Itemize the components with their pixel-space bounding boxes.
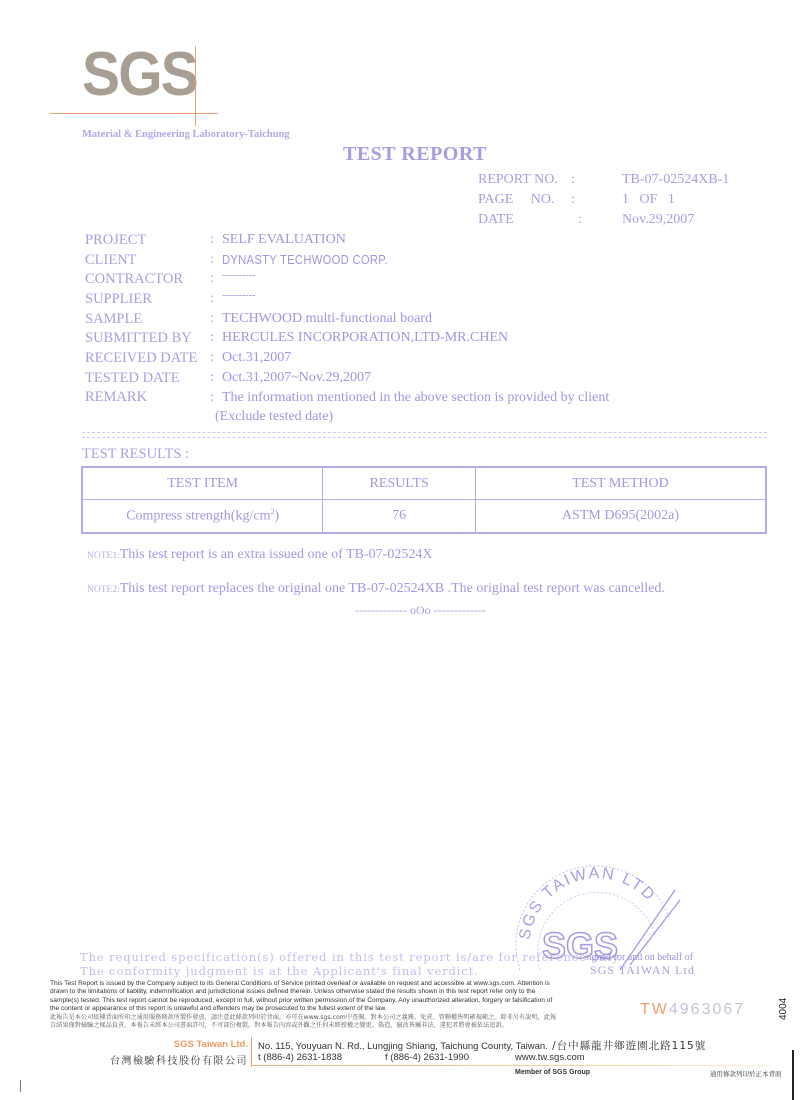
page-no-label: PAGE NO. [478,192,555,208]
legal-notice: This Test Report is issued by the Compan… [50,980,560,1030]
footer-phone: t (886-4) 2631-1838 [258,1052,342,1063]
section-divider [82,432,767,438]
column-header-test-method: TEST METHOD [475,467,766,500]
note-2-prefix: NOTE2: [87,585,120,595]
contractor-value: ---------- [222,270,255,281]
report-no-value: TB-07-02524XB-1 [622,172,729,188]
footer-divider-vertical [251,1037,252,1067]
sample-value: TECHWOOD multi-functional board [222,311,432,327]
note-1-prefix: NOTE1: [87,551,120,561]
project-colon: : [210,232,214,248]
contractor-colon: : [210,271,214,287]
report-no-colon: : [571,172,575,188]
footer-divider-horizontal [251,1065,771,1066]
note-1: NOTE1:This test report is an extra issue… [87,547,432,563]
signed-label: signed for and on behalf of [585,952,693,963]
page-no-value: 1 OF 1 [622,192,675,208]
signed-company: SGS TAIWAN Ltd [590,963,695,978]
client-value: DYNASTY TECHWOOD CORP. [222,253,388,267]
footer-company-cn: 台灣檢驗科技股份有限公司 [80,1052,248,1067]
test-item-suffix: ) [274,509,279,524]
sample-colon: : [210,311,214,327]
footer-address: No. 115, Youyuan N. Rd., Lungjing Shiang… [258,1038,706,1053]
result-value-cell: 76 [323,500,476,534]
footer-address-cn: /台中縣龍井鄉遊園北路115號 [548,1040,706,1052]
supplier-value: ---------- [222,290,255,301]
sgs-logo: SGS [82,44,197,106]
tested-date-value: Oct.31,2007~Nov.29,2007 [222,370,371,386]
page-title: TEST REPORT [343,143,487,166]
footer-terms-cn: 通用條款列印於正本背面 [710,1069,782,1078]
column-header-results: RESULTS [323,467,476,500]
received-date-colon: : [210,350,214,366]
test-results-heading: TEST RESULTS : [82,446,189,463]
test-results-table: TEST ITEM RESULTS TEST METHOD Compress s… [81,466,767,534]
remark-colon: : [210,390,214,406]
footer-company: SGS Taiwan Ltd. [120,1039,248,1050]
serial-prefix: TW [640,1001,669,1018]
column-header-test-item: TEST ITEM [82,467,323,500]
remark-value: The information mentioned in the above s… [222,390,609,406]
logo-horizontal-rule [50,113,218,114]
test-item-cell: Compress strength(kg/cm2) [82,500,323,534]
tested-date-label: TESTED DATE [85,370,180,387]
project-value: SELF EVALUATION [222,232,346,248]
received-date-value: Oct.31,2007 [222,350,291,366]
tested-date-colon: : [210,370,214,386]
footer-member: Member of SGS Group [515,1069,590,1076]
legal-notice-en: This Test Report is issued by the Compan… [50,980,560,1014]
serial-digits: 4963067 [669,1001,745,1018]
serial-number: TW4963067 [640,1001,745,1019]
sample-label: SAMPLE [85,311,142,328]
end-of-report-mark: ------------- oOo ------------- [355,603,486,618]
date-value: Nov.29,2007 [622,212,694,228]
legal-notice-cn: 此報告是本公司依據背面所印之通用服務條款所製作發放，請注意此條款列印於背面，亦可… [50,1014,560,1031]
date-label: DATE [478,212,514,228]
note-2-text: This test report replaces the original o… [120,581,665,596]
footer-website-link[interactable]: www.tw.sgs.com [515,1052,585,1063]
project-label: PROJECT [85,232,146,249]
footer-address-en: No. 115, Youyuan N. Rd., Lungjing Shiang… [258,1041,548,1052]
page-no-colon: : [571,192,575,208]
submitted-by-colon: : [210,330,214,346]
test-item-text: Compress strength(kg/cm [126,509,270,524]
client-label: CLIENT [85,252,137,269]
date-colon: : [578,212,582,228]
scan-edge-mark-left [20,1080,21,1092]
note-2: NOTE2:This test report replaces the orig… [87,581,665,597]
report-no-label: REPORT NO. [478,172,558,188]
submitted-by-value: HERCULES INCORPORATION,LTD-MR.CHEN [222,330,508,346]
scan-edge-mark [792,1050,794,1100]
lab-name: Material & Engineering Laboratory-Taichu… [82,129,290,140]
received-date-label: RECEIVED DATE [85,350,206,367]
logo-vertical-rule [195,46,196,126]
footer-fax: f (886-4) 2631-1990 [385,1052,469,1063]
table-header-row: TEST ITEM RESULTS TEST METHOD [82,467,766,500]
test-method-cell: ASTM D695(2002a) [475,500,766,534]
client-colon: : [210,252,214,268]
supplier-label: SUPPLIER [85,291,152,308]
disclaimer-line-2: The conformity judgment is at the Applic… [80,964,479,978]
table-row: Compress strength(kg/cm2) 76 ASTM D695(2… [82,500,766,534]
remark-label: REMARK [85,389,147,406]
note-1-text: This test report is an extra issued one … [120,547,433,562]
contractor-label: CONTRACTOR [85,271,183,288]
remark-value-line2: (Exclude tested date) [215,409,333,425]
supplier-colon: : [210,291,214,307]
submitted-by-label: SUBMITTED BY [85,330,192,347]
side-code: 4004 [778,998,789,1020]
